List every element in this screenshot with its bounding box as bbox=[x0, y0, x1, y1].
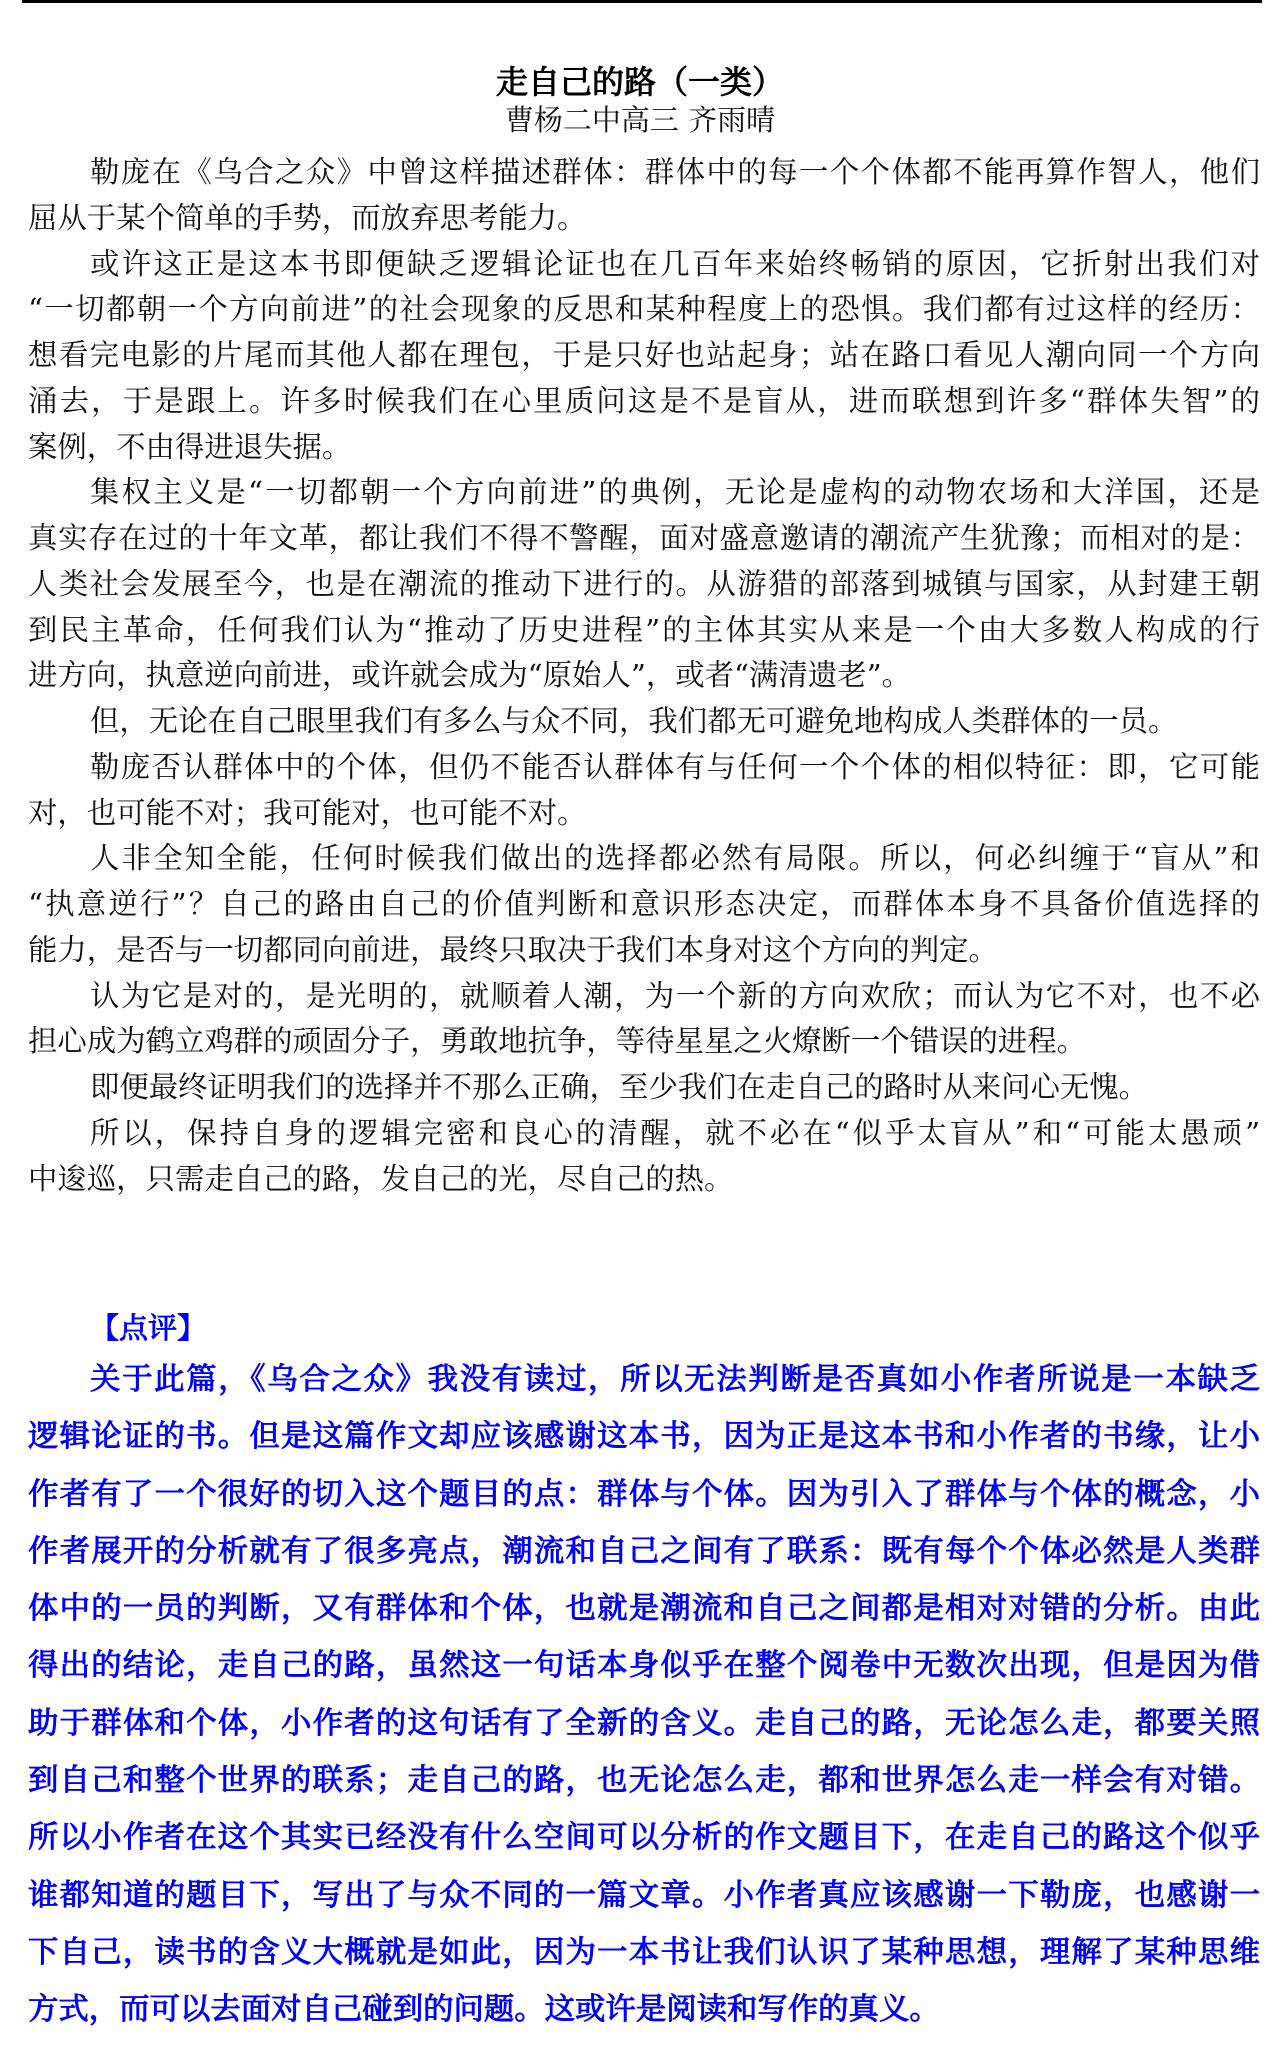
comment-heading: 【点评】 bbox=[28, 1299, 206, 1357]
paragraph-line: 涌去，于是跟上。许多时候我们在心里质问这是不是盲从，进而联想到许多“群体失智”的 bbox=[28, 379, 1260, 425]
paragraph-line: 或许这正是这本书即便缺乏逻辑论证也在几百年来始终畅销的原因，它折射出我们对 bbox=[28, 242, 1260, 288]
comment-line: 体中的一员的判断，又有群体和个体，也就是潮流和自己之间都是相对对错的分析。由此 bbox=[28, 1580, 1260, 1637]
paragraph-line: 人类社会发展至今，也是在潮流的推动下进行的。从游猎的部落到城镇与国家，从封建王朝 bbox=[28, 562, 1260, 608]
paragraph-line: 到民主革命，任何我们认为“推动了历史进程”的主体其实从来是一个由大多数人构成的行 bbox=[28, 608, 1260, 654]
comment-line: 作者有了一个很好的切入这个题目的点：群体与个体。因为引入了群体与个体的概念，小 bbox=[28, 1466, 1260, 1523]
paragraph-line: “执意逆行”？自己的路由自己的价值判断和意识形态决定，而群体本身不具备价值选择的 bbox=[28, 882, 1260, 928]
essay-paragraph: 或许这正是这本书即便缺乏逻辑论证也在几百年来始终畅销的原因，它折射出我们对 “一… bbox=[28, 242, 1260, 471]
paragraph-line: 屈从于某个简单的手势，而放弃思考能力。 bbox=[28, 196, 1260, 242]
paragraph-line: 集权主义是“一切都朝一个方向前进”的典例，无论是虚构的动物农场和大洋国，还是 bbox=[28, 470, 1260, 516]
paragraph-line: 对，也可能不对；我可能对，也可能不对。 bbox=[28, 791, 1260, 837]
paragraph-line: 真实存在过的十年文革，都让我们不得不警醒，面对盛意邀请的潮流产生犹豫；而相对的是… bbox=[28, 516, 1260, 562]
essay-paragraph: 勒庞在《乌合之众》中曾这样描述群体：群体中的每一个个体都不能再算作智人，他们 屈… bbox=[28, 150, 1260, 242]
paragraph-line: 人非全知全能，任何时候我们做出的选择都必然有局限。所以，何必纠缠于“盲从”和 bbox=[28, 836, 1260, 882]
paragraph-line: 案例，不由得进退失据。 bbox=[28, 425, 1260, 471]
essay-paragraph: 集权主义是“一切都朝一个方向前进”的典例，无论是虚构的动物农场和大洋国，还是 真… bbox=[28, 470, 1260, 699]
paragraph-line: “一切都朝一个方向前进”的社会现象的反思和某种程度上的恐惧。我们都有过这样的经历… bbox=[28, 287, 1260, 333]
paragraph-line: 担心成为鹤立鸡群的顽固分子，勇敢地抗争，等待星星之火燎断一个错误的进程。 bbox=[28, 1019, 1260, 1065]
comment-line: 到自己和整个世界的联系；走自己的路，也无论怎么走，都和世界怎么走一样会有对错。 bbox=[28, 1752, 1260, 1809]
essay-paragraph: 即便最终证明我们的选择并不那么正确，至少我们在走自己的路时从来问心无愧。 bbox=[28, 1065, 1260, 1111]
paragraph-line: 能力，是否与一切都同向前进，最终只取决于我们本身对这个方向的判定。 bbox=[28, 928, 1260, 974]
comment-line: 方式，而可以去面对自己碰到的问题。这或许是阅读和写作的真义。 bbox=[28, 1981, 1260, 2038]
comment-line: 助于群体和个体，小作者的这句话有了全新的含义。走自己的路，无论怎么走，都要关照 bbox=[28, 1695, 1260, 1752]
comment-line: 逻辑论证的书。但是这篇作文却应该感谢这本书，因为正是这本书和小作者的书缘，让小 bbox=[28, 1408, 1260, 1465]
comment-line: 下自己，读书的含义大概就是如此，因为一本书让我们认识了某种思想，理解了某种思维 bbox=[28, 1924, 1260, 1981]
essay-paragraph: 所以，保持自身的逻辑完密和良心的清醒，就不必在“似乎太盲从”和“可能太愚顽” 中… bbox=[28, 1111, 1260, 1203]
comment-line: 谁都知道的题目下，写出了与众不同的一篇文章。小作者真应该感谢一下勒庞，也感谢一 bbox=[28, 1867, 1260, 1924]
essay-paragraph: 但，无论在自己眼里我们有多么与众不同，我们都无可避免地构成人类群体的一员。 bbox=[28, 699, 1260, 745]
essay-body: 勒庞在《乌合之众》中曾这样描述群体：群体中的每一个个体都不能再算作智人，他们 屈… bbox=[28, 150, 1260, 1202]
essay-paragraph: 人非全知全能，任何时候我们做出的选择都必然有局限。所以，何必纠缠于“盲从”和 “… bbox=[28, 836, 1260, 973]
paragraph-line: 但，无论在自己眼里我们有多么与众不同，我们都无可避免地构成人类群体的一员。 bbox=[28, 699, 1260, 745]
essay-paragraph: 认为它是对的，是光明的，就顺着人潮，为一个新的方向欢欣；而认为它不对，也不必 担… bbox=[28, 974, 1260, 1066]
comment-line: 得出的结论，走自己的路，虽然这一句话本身似乎在整个阅卷中无数次出现，但是因为借 bbox=[28, 1637, 1260, 1694]
paragraph-line: 认为它是对的，是光明的，就顺着人潮，为一个新的方向欢欣；而认为它不对，也不必 bbox=[28, 974, 1260, 1020]
paragraph-line: 中逡巡，只需走自己的路，发自己的光，尽自己的热。 bbox=[28, 1157, 1260, 1203]
paragraph-line: 想看完电影的片尾而其他人都在理包，于是只好也站起身；站在路口看见人潮向同一个方向 bbox=[28, 333, 1260, 379]
paragraph-line: 勒庞否认群体中的个体，但仍不能否认群体有与任何一个个体的相似特征：即，它可能 bbox=[28, 745, 1260, 791]
comment-body: 关于此篇，《乌合之众》我没有读过，所以无法判断是否真如小作者所说是一本缺乏 逻辑… bbox=[28, 1351, 1260, 2039]
essay-paragraph: 勒庞否认群体中的个体，但仍不能否认群体有与任何一个个体的相似特征：即，它可能 对… bbox=[28, 745, 1260, 837]
essay-byline: 曹杨二中高三 齐雨晴 bbox=[0, 101, 1280, 139]
paragraph-line: 勒庞在《乌合之众》中曾这样描述群体：群体中的每一个个体都不能再算作智人，他们 bbox=[28, 150, 1260, 196]
comment-line: 所以小作者在这个其实已经没有什么空间可以分析的作文题目下，在走自己的路这个似乎 bbox=[28, 1809, 1260, 1866]
essay-title: 走自己的路（一类） bbox=[0, 62, 1280, 102]
paragraph-line: 进方向，执意逆向前进，或许就会成为“原始人”，或者“满清遗老”。 bbox=[28, 653, 1260, 699]
top-border-rule bbox=[22, 0, 1262, 3]
paragraph-line: 所以，保持自身的逻辑完密和良心的清醒，就不必在“似乎太盲从”和“可能太愚顽” bbox=[28, 1111, 1260, 1157]
comment-line: 关于此篇，《乌合之众》我没有读过，所以无法判断是否真如小作者所说是一本缺乏 bbox=[28, 1351, 1260, 1408]
comment-line: 作者展开的分析就有了很多亮点，潮流和自己之间有了联系：既有每个个体必然是人类群 bbox=[28, 1523, 1260, 1580]
paragraph-line: 即便最终证明我们的选择并不那么正确，至少我们在走自己的路时从来问心无愧。 bbox=[28, 1065, 1260, 1111]
